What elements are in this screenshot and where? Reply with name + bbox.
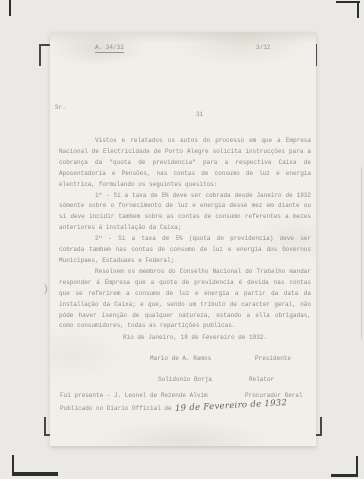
scan-background: A. 34/32 3/12 Sr. 31 Vistos e relatados …	[0, 0, 364, 479]
scanned-document-page: A. 34/32 3/12 Sr. 31 Vistos e relatados …	[50, 32, 316, 446]
paragraph-quesito-1: 1º - Si a taxa de 5% deve ser cobrada de…	[59, 191, 311, 235]
publication-line: Publicado no Diario Official de 19 de Fe…	[60, 403, 312, 413]
document-body: Vistos e relatados os autos do processo …	[59, 136, 311, 344]
registration-mark-bottom-left-horizontal	[12, 472, 58, 476]
president-role: Presidente	[255, 355, 291, 362]
registration-mark-top-left	[9, 0, 11, 16]
hole-punch-artifact	[38, 283, 47, 295]
relator-name: Solidonio Borja	[158, 376, 212, 383]
president-name: Mario de A. Ramos	[150, 355, 211, 362]
page-edge-artifact	[361, 167, 362, 339]
paragraph-quesito-2: 2º - Si a taxa de 5% (quota de previdenc…	[59, 234, 311, 267]
procurador-presence-line: Fui presente - J. Leonel de Rezende Alvi…	[60, 392, 208, 399]
dateline: Rio de Janeiro, 18 de Fevereiro de 1932.	[123, 333, 311, 344]
paragraph-resolution: Resolvem os membros do Conselho Nacional…	[59, 267, 311, 332]
registration-mark-top-right-vertical	[357, 1, 359, 18]
registration-mark-bottom-right-horizontal	[331, 474, 358, 477]
crop-mark-top-left-vertical	[39, 44, 41, 66]
paragraph-preamble: Vistos e relatados os autos do processo …	[59, 136, 311, 191]
publication-handwritten-date: 19 de Fevereiro de 1932	[175, 398, 288, 414]
salutation: Sr.	[55, 104, 66, 111]
page-number: 31	[196, 111, 203, 118]
publication-typed-prefix: Publicado no Diario Official de	[60, 405, 175, 412]
sheet-reference: 3/12	[256, 44, 270, 51]
process-reference: A. 34/32	[95, 44, 124, 53]
relator-role: Relator	[249, 376, 274, 383]
